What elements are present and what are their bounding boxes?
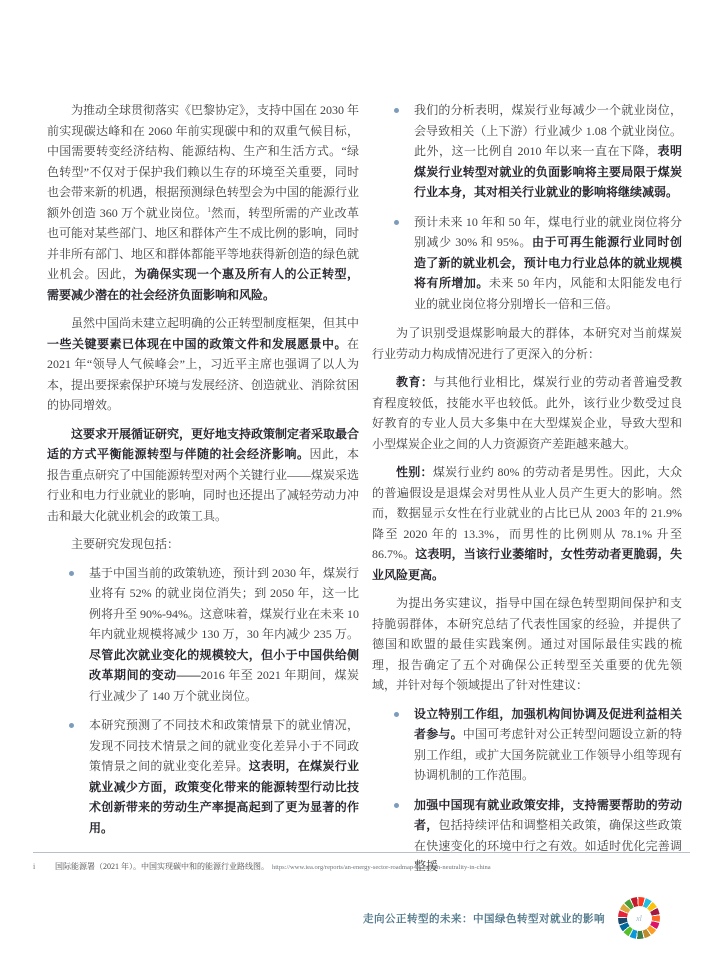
bullet-item: 预计未来 10 年和 50 年，煤电行业的就业岗位将分别减少 30% 和 95%… bbox=[372, 212, 682, 315]
left-text-column: 为推动全球贯彻落实《巴黎协定》，支持中国在 2030 年前实现碳达峰和在 206… bbox=[47, 100, 359, 847]
text-content: 预计未来 10 年和 50 年，煤电行业的就业岗位将分别减少 30% 和 95%… bbox=[414, 215, 682, 311]
text-content: 这要求开展循证研究，更好地支持政策制定者采取最合适的方式平衡能源转型与伴随的社会… bbox=[47, 424, 359, 527]
paragraph: 为推动全球贯彻落实《巴黎协定》，支持中国在 2030 年前实现碳达峰和在 206… bbox=[47, 100, 359, 305]
bullet-item: 基于中国当前的政策轨迹，预计到 2030 年，煤炭行业将有 52% 的就业岗位消… bbox=[47, 563, 359, 707]
bullet-item: 我们的分析表明，煤炭行业每减少一个就业岗位，会导致相关（上下游）行业减少 1.0… bbox=[372, 100, 682, 203]
text-content: 本研究预测了不同技术和政策情景下的就业情况，发现不同技术情景之间的就业变化差异小… bbox=[89, 718, 359, 835]
bullet-icon bbox=[394, 220, 399, 225]
footnote-marker: i bbox=[33, 861, 55, 872]
bullet-icon bbox=[394, 108, 399, 113]
text-content: 主要研究发现包括： bbox=[47, 534, 359, 555]
footnote-divider bbox=[33, 852, 690, 853]
bullet-item: 本研究预测了不同技术和政策情景下的就业情况，发现不同技术情景之间的就业变化差异小… bbox=[47, 715, 359, 838]
text-content: 基于中国当前的政策轨迹，预计到 2030 年，煤炭行业将有 52% 的就业岗位消… bbox=[89, 566, 359, 703]
paragraph: 为了识别受退煤影响最大的群体，本研究对当前煤炭行业劳动力构成情况进行了更深入的分… bbox=[372, 323, 682, 364]
bullet-item: 设立特别工作组，加强机构间协调及促进利益相关者参与。中国可考虑针对公正转型问题设… bbox=[372, 704, 682, 786]
footnote: i 国际能源署（2021 年）。中国实现碳中和的能源行业路线图。 https:/… bbox=[33, 861, 690, 873]
footnote-url-link[interactable]: https://www.iea.org/reports/an-energy-se… bbox=[272, 862, 491, 873]
right-text-column: 我们的分析表明，煤炭行业每减少一个就业岗位，会导致相关（上下游）行业减少 1.0… bbox=[372, 100, 682, 886]
text-content: 虽然中国尚未建立起明确的公正转型制度框架，但其中一些关键要素已体现在中国的政策文… bbox=[47, 313, 359, 416]
paragraph: 主要研究发现包括： bbox=[47, 534, 359, 555]
text-content: 我们的分析表明，煤炭行业每减少一个就业岗位，会导致相关（上下游）行业减少 1.0… bbox=[414, 103, 682, 199]
paragraph: 为提出务实建议，指导中国在绿色转型期间保护和支持脆弱群体，本研究总结了代表性国家… bbox=[372, 593, 682, 696]
bullet-icon bbox=[394, 803, 399, 808]
footnote-text: 国际能源署（2021 年）。中国实现碳中和的能源行业路线图。 bbox=[55, 861, 269, 872]
bullet-icon bbox=[69, 723, 74, 728]
sdg-wheel-logo: xl bbox=[618, 897, 660, 939]
text-content: 教育：与其他行业相比，煤炭行业的劳动者普遍受教育程度较低，技能水平也较低。此外，… bbox=[372, 372, 682, 454]
bullet-icon bbox=[69, 571, 74, 576]
paragraph: 教育：与其他行业相比，煤炭行业的劳动者普遍受教育程度较低，技能水平也较低。此外，… bbox=[372, 372, 682, 454]
text-content: 为推动全球贯彻落实《巴黎协定》，支持中国在 2030 年前实现碳达峰和在 206… bbox=[47, 100, 359, 305]
page-footer: 走向公正转型的未来：中国绿色转型对就业的影响 xl bbox=[0, 896, 660, 940]
text-content: 性别：煤炭行业约 80% 的劳动者是男性。因此，大众的普遍假设是退煤会对男性从业… bbox=[372, 462, 682, 585]
bullet-icon bbox=[394, 712, 399, 717]
text-content: 设立特别工作组，加强机构间协调及促进利益相关者参与。中国可考虑针对公正转型问题设… bbox=[414, 707, 682, 783]
paragraph: 性别：煤炭行业约 80% 的劳动者是男性。因此，大众的普遍假设是退煤会对男性从业… bbox=[372, 462, 682, 585]
text-content: 为提出务实建议，指导中国在绿色转型期间保护和支持脆弱群体，本研究总结了代表性国家… bbox=[372, 593, 682, 696]
report-title: 走向公正转型的未来：中国绿色转型对就业的影响 bbox=[363, 911, 605, 926]
text-content: 为了识别受退煤影响最大的群体，本研究对当前煤炭行业劳动力构成情况进行了更深入的分… bbox=[372, 323, 682, 364]
document-page: 为推动全球贯彻落实《巴黎协定》，支持中国在 2030 年前实现碳达峰和在 206… bbox=[0, 0, 710, 963]
paragraph: 这要求开展循证研究，更好地支持政策制定者采取最合适的方式平衡能源转型与伴随的社会… bbox=[47, 424, 359, 527]
paragraph: 虽然中国尚未建立起明确的公正转型制度框架，但其中一些关键要素已体现在中国的政策文… bbox=[47, 313, 359, 416]
logo-mark: xl bbox=[627, 906, 652, 931]
